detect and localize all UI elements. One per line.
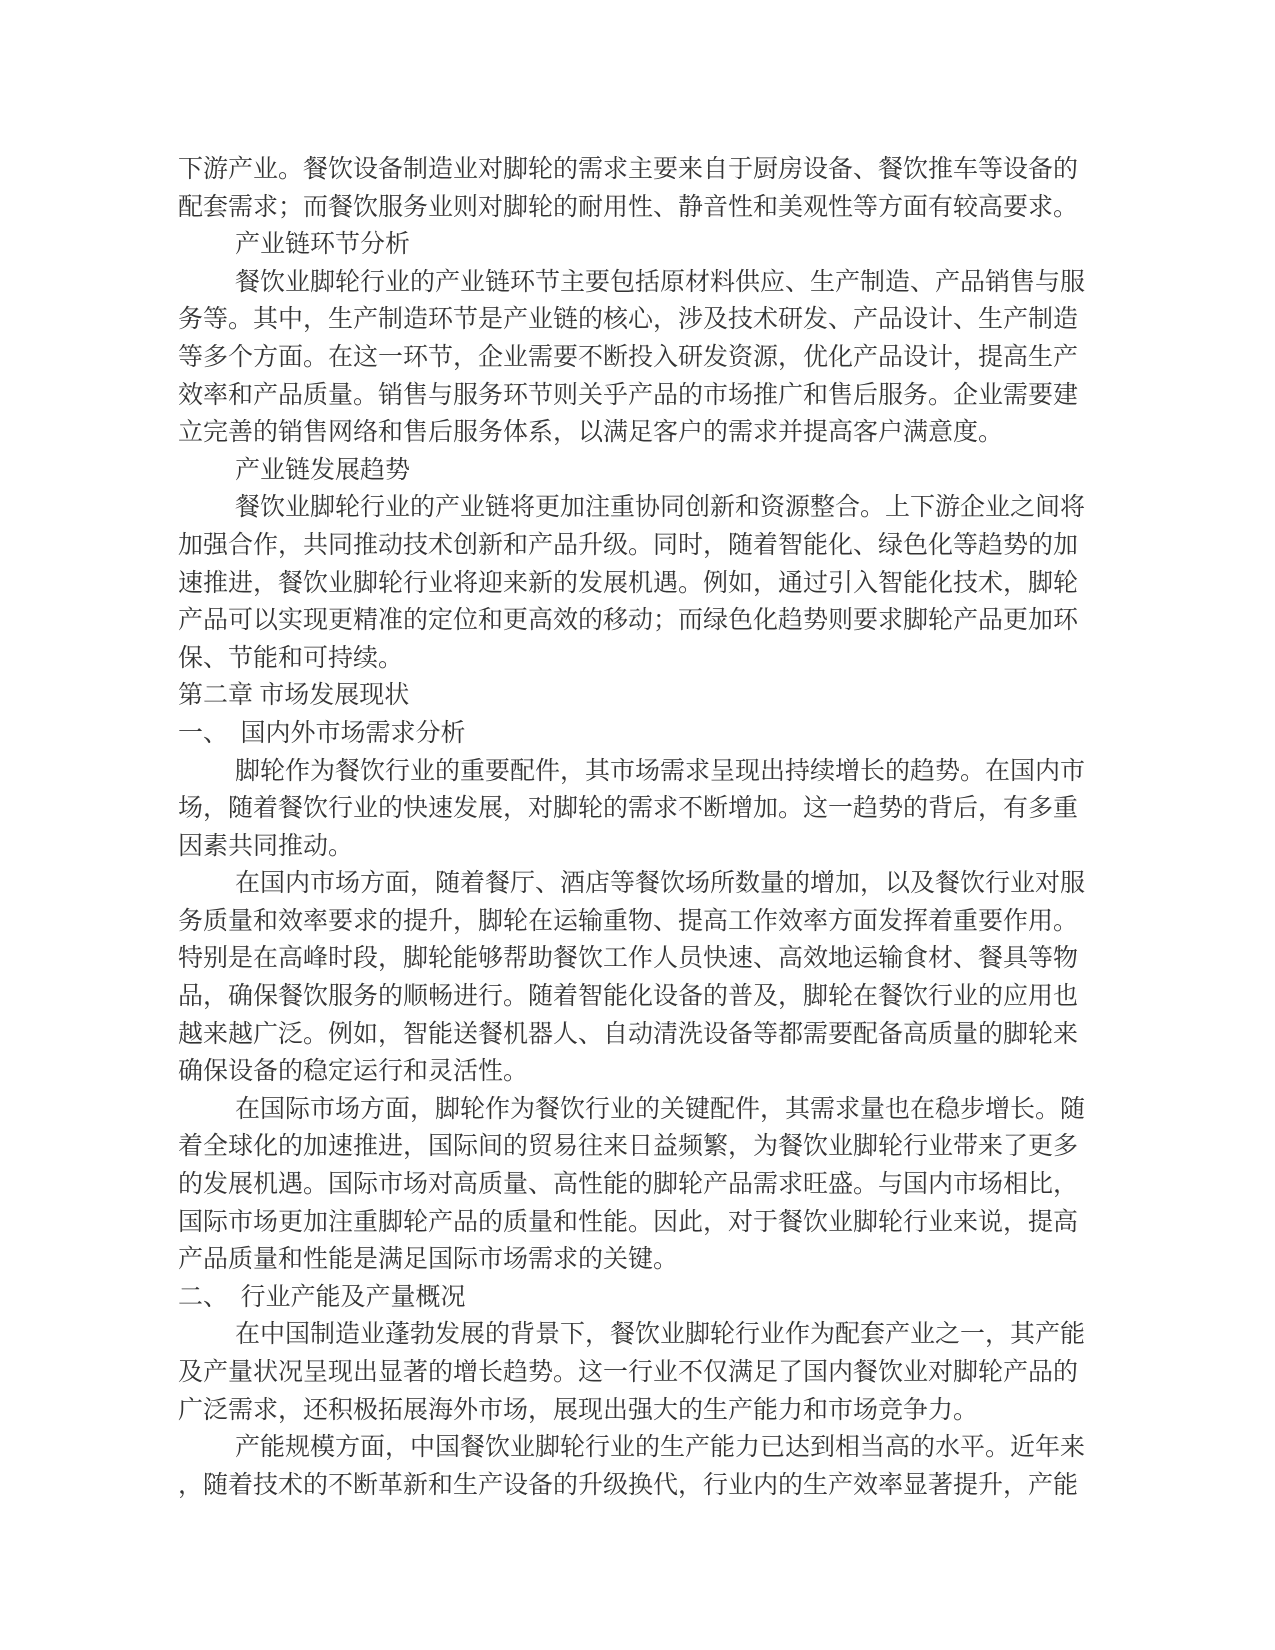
document-text-block: 下游产业。餐饮设备制造业对脚轮的需求主要来自于厨房设备、餐饮推车等设备的配套需求… bbox=[178, 151, 1108, 1504]
body-text-line: 在中国制造业蓬勃发展的背景下，餐饮业脚轮行业作为配套产业之一，其产能 bbox=[178, 1316, 1108, 1354]
body-text-line: 效率和产品质量。销售与服务环节则关乎产品的市场推广和售后服务。企业需要建 bbox=[178, 377, 1108, 415]
body-text-line: 的发展机遇。国际市场对高质量、高性能的脚轮产品需求旺盛。与国内市场相比， bbox=[178, 1166, 1108, 1204]
heading-line: 二、 行业产能及产量概况 bbox=[178, 1279, 1108, 1317]
body-text-line: 产能规模方面，中国餐饮业脚轮行业的生产能力已达到相当高的水平。近年来 bbox=[178, 1429, 1108, 1467]
body-text-line: 保、节能和可持续。 bbox=[178, 640, 1108, 678]
body-text-line: 越来越广泛。例如，智能送餐机器人、自动清洗设备等都需要配备高质量的脚轮来 bbox=[178, 1016, 1108, 1054]
body-text-line: 脚轮作为餐饮行业的重要配件，其市场需求呈现出持续增长的趋势。在国内市 bbox=[178, 753, 1108, 791]
body-text-line: 因素共同推动。 bbox=[178, 828, 1108, 866]
body-text-line: 加强合作，共同推动技术创新和产品升级。同时，随着智能化、绿色化等趋势的加 bbox=[178, 527, 1108, 565]
body-text-line: 及产量状况呈现出显著的增长趋势。这一行业不仅满足了国内餐饮业对脚轮产品的 bbox=[178, 1354, 1108, 1392]
body-text-line: 立完善的销售网络和售后服务体系，以满足客户的需求并提高客户满意度。 bbox=[178, 414, 1108, 452]
body-text-line: 产品可以实现更精准的定位和更高效的移动；而绿色化趋势则要求脚轮产品更加环 bbox=[178, 602, 1108, 640]
body-text-line: 餐饮业脚轮行业的产业链将更加注重协同创新和资源整合。上下游企业之间将 bbox=[178, 489, 1108, 527]
body-text-line: 品，确保餐饮服务的顺畅进行。随着智能化设备的普及，脚轮在餐饮行业的应用也 bbox=[178, 978, 1108, 1016]
heading-line: 第二章 市场发展现状 bbox=[178, 677, 1108, 715]
body-text-line: ，随着技术的不断革新和生产设备的升级换代，行业内的生产效率显著提升，产能 bbox=[178, 1467, 1108, 1505]
body-text-line: 产业链发展趋势 bbox=[178, 452, 1108, 490]
body-text-line: 速推进，餐饮业脚轮行业将迎来新的发展机遇。例如，通过引入智能化技术，脚轮 bbox=[178, 565, 1108, 603]
body-text-line: 国际市场更加注重脚轮产品的质量和性能。因此，对于餐饮业脚轮行业来说，提高 bbox=[178, 1204, 1108, 1242]
body-text-line: 产品质量和性能是满足国际市场需求的关键。 bbox=[178, 1241, 1108, 1279]
heading-line: 一、 国内外市场需求分析 bbox=[178, 715, 1108, 753]
body-text-line: 餐饮业脚轮行业的产业链环节主要包括原材料供应、生产制造、产品销售与服 bbox=[178, 264, 1108, 302]
body-text-line: 场，随着餐饮行业的快速发展，对脚轮的需求不断增加。这一趋势的背后，有多重 bbox=[178, 790, 1108, 828]
body-text-line: 产业链环节分析 bbox=[178, 226, 1108, 264]
body-text-line: 广泛需求，还积极拓展海外市场，展现出强大的生产能力和市场竞争力。 bbox=[178, 1392, 1108, 1430]
body-text-line: 在国内市场方面，随着餐厅、酒店等餐饮场所数量的增加，以及餐饮行业对服 bbox=[178, 865, 1108, 903]
body-text-line: 务质量和效率要求的提升，脚轮在运输重物、提高工作效率方面发挥着重要作用。 bbox=[178, 903, 1108, 941]
body-text-line: 特别是在高峰时段，脚轮能够帮助餐饮工作人员快速、高效地运输食材、餐具等物 bbox=[178, 940, 1108, 978]
document-page: 下游产业。餐饮设备制造业对脚轮的需求主要来自于厨房设备、餐饮推车等设备的配套需求… bbox=[0, 0, 1275, 1650]
body-text-line: 务等。其中，生产制造环节是产业链的核心，涉及技术研发、产品设计、生产制造 bbox=[178, 301, 1108, 339]
body-text-line: 着全球化的加速推进，国际间的贸易往来日益频繁，为餐饮业脚轮行业带来了更多 bbox=[178, 1128, 1108, 1166]
body-text-line: 在国际市场方面，脚轮作为餐饮行业的关键配件，其需求量也在稳步增长。随 bbox=[178, 1091, 1108, 1129]
body-text-line: 等多个方面。在这一环节，企业需要不断投入研发资源，优化产品设计，提高生产 bbox=[178, 339, 1108, 377]
body-text-line: 下游产业。餐饮设备制造业对脚轮的需求主要来自于厨房设备、餐饮推车等设备的 bbox=[178, 151, 1108, 189]
body-text-line: 确保设备的稳定运行和灵活性。 bbox=[178, 1053, 1108, 1091]
body-text-line: 配套需求；而餐饮服务业则对脚轮的耐用性、静音性和美观性等方面有较高要求。 bbox=[178, 189, 1108, 227]
